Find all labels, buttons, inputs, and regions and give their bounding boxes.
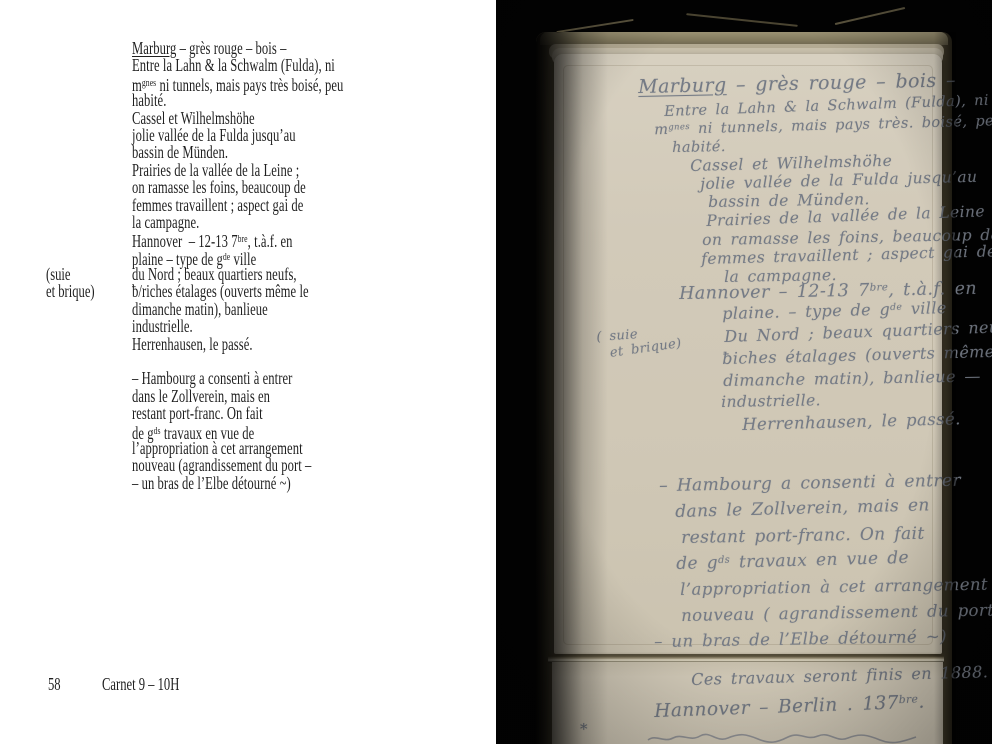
footer-title: Carnet 9 – 10H [102,674,179,695]
text-segment: , t.à.f. en [888,279,977,301]
manuscript-line: restant port-franc. On fait [681,524,925,548]
transcription-text: Marburg – grès rouge – bois –Entre la La… [132,40,343,492]
text-segment: – un bras de l’Elbe détourné ~) [654,627,947,651]
print-margin-note: (suie et brique) [46,266,95,301]
text-segment: * [580,720,588,738]
manuscript-line: Ces travaux seront finis en 1888. [691,662,988,689]
text-segment: ni tunnels, mais pays très boisé, peu [156,75,343,95]
text-segment: plaine. – type de g [722,300,890,323]
underlined-word: Marburg [638,74,727,98]
manuscript-line: ƀiches étalages (ouverts même le [722,341,992,368]
text-segment: dans le Zollverein, mais en [675,495,930,522]
text-segment: ds [718,555,730,566]
manuscript-line: nouveau ( agrandissement du port. [681,600,992,625]
photograph-panel: Marburg – grès rouge – bois –Entre la La… [496,0,992,744]
manuscript-line: dans le Zollverein, mais en [675,495,930,522]
text-segment: nouveau ( agrandissement du port. [681,600,992,625]
text-segment: bre [899,692,919,706]
manuscript-line: Marburg – grès rouge – bois – [638,69,956,98]
manuscript-line: Herrenhausen, le passé. [742,409,961,434]
text-segment: la campagne. [132,212,199,232]
text-segment: de [890,302,903,313]
text-segment: gnes [142,77,156,89]
text-segment: – un bras de l’Elbe détourné ~) [132,473,291,493]
manuscript-line: l’appropriation à cet arrangement [680,575,988,599]
text-segment: Hannover – Berlin . 137 [654,692,899,722]
text-segment: l’appropriation à cet arrangement [680,575,988,599]
text-segment: Entre la Lahn & la Schwalm (Fulda), ni [132,55,335,75]
transcription-line: Hannover – 12-13 7bre, t.à.f. en [132,231,343,248]
text-segment: ville [902,298,947,318]
manuscript-line: * [580,720,588,738]
text-segment: travaux en vue de [730,548,909,573]
text-segment: – grès rouge – bois – [726,69,956,96]
text-segment: – Hambourg a consenti à entrer [659,471,961,496]
transcription-line: – un bras de l’Elbe détourné ~) [132,475,343,492]
manuscript-line: industrielle. [721,391,821,411]
manuscript-handwriting: Marburg – grès rouge – bois –Entre la La… [496,0,992,744]
text-segment: Herrenhausen, le passé. [132,334,253,354]
text-segment: . [918,692,925,713]
text-segment: habité. [672,139,726,156]
manuscript-line: – Hambourg a consenti à entrer [659,471,961,496]
illegible-partial-line [646,731,918,744]
transcription-line: la campagne. [132,214,343,231]
manuscript-line: de gds travaux en vue de [676,548,909,574]
manuscript-line: – un bras de l’Elbe détourné ~) [654,627,947,651]
page-number: 58 [48,674,61,695]
manuscript-line: dimanche matin), banlieue — [723,367,981,390]
text-segment: m [654,122,669,138]
text-segment: de g [676,553,718,574]
text-segment: restant port-franc. On fait [132,403,263,423]
manuscript-line: Hannover – Berlin . 137bre. [654,692,925,722]
text-segment: Ces travaux seront finis en 1888. [691,662,988,689]
transcription-line: Entre la Lahn & la Schwalm (Fulda), ni [132,57,343,74]
text-segment: restant port-franc. On fait [681,524,925,548]
text-segment: gnes [668,121,690,132]
manuscript-line: habité. [672,139,726,156]
margin-note-line: et brique) [46,283,95,300]
text-segment: bre [238,233,248,245]
text-segment: industrielle. [721,391,821,411]
text-segment: dimanche matin), banlieue — [723,367,981,390]
text-segment: Herrenhausen, le passé. [742,409,961,434]
transcription-line: restant port-franc. On fait [132,405,343,422]
text-segment: ds [154,425,161,437]
text-segment: bre [870,282,889,293]
transcription-line: Herrenhausen, le passé. [132,336,343,353]
print-page: Marburg – grès rouge – bois –Entre la La… [0,0,496,744]
book-spread: Marburg – grès rouge – bois –Entre la La… [0,0,992,744]
text-segment: ƀiches étalages (ouverts même le [722,341,992,368]
